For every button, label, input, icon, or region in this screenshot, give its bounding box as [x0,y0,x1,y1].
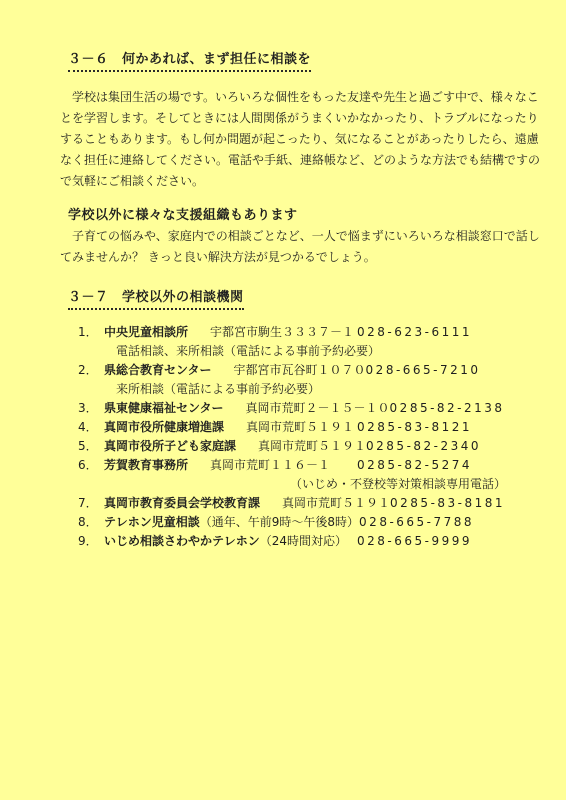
agency-note: 電話相談、来所相談（電話による事前予約必要） [104,342,506,361]
agency-name: 真岡市役所子ども家庭課 [104,437,236,456]
agency-row: 5． 真岡市役所子ども家庭課 真岡市荒町５１９１ 0285-82-2340 [78,437,506,456]
agency-address: 真岡市荒町５１９１ [258,437,366,456]
paragraph-line: することもあります。もし何か問題が起こったり、気になることがあったりしたら、遠慮 [60,129,506,150]
agency-number: 6． [78,456,104,475]
consult-teacher-paragraph: 学校は集団生活の場です。いろいろな個性をもった友達や先生と過ごす中で、様々なこ … [60,87,506,192]
paragraph-line: とを学習します。そしてときには人間関係がうまくいかなかったり、トラブルになったり [60,108,506,129]
agency-phone: 0285-82-2138 [390,399,505,418]
agency-phone: 0285-83-8121 [357,418,472,437]
paragraph-line: 子育ての悩みや、家庭内での相談ごとなど、一人で悩まずにいろいろな相談窓口で話し [60,226,506,247]
agency-row: 9． いじめ相談さわやかテレホン （24時間対応） 028-665-9999 [78,532,506,551]
agency-row: 3． 県東健康福祉センター 真岡市荒町２－１５－１０ 0285-82-2138 [78,399,506,418]
agency-row: 4． 真岡市役所健康増進課 真岡市荒町５１９１ 0285-83-8121 [78,418,506,437]
agency-row: 6． 芳賀教育事務所 真岡市荒町１１６－１ 0285-82-5274 [78,456,506,475]
agency-address: 真岡市荒町５１９１ [282,494,390,513]
agency-number: 7． [78,494,104,513]
agency-phone: 028-665-7788 [359,513,474,532]
agency-name: 芳賀教育事務所 [104,456,188,475]
agency-number: 8． [78,513,104,532]
section-3-6-heading: ３－６ 何かあれば、まず担任に相談を [68,48,311,72]
agency-address: 真岡市荒町２－１５－１０ [246,399,390,418]
agency-number: 9． [78,532,104,551]
agency-phone: 028-623-6111 [357,323,472,342]
paragraph-line: 学校は集団生活の場です。いろいろな個性をもった友達や先生と過ごす中で、様々なこ [60,87,506,108]
agency-note: 来所相談（電話による事前予約必要） [104,380,506,399]
support-orgs-paragraph: 子育ての悩みや、家庭内での相談ごとなど、一人で悩まずにいろいろな相談窓口で話し … [60,226,506,268]
paragraph-line: で気軽にご相談ください。 [60,171,506,192]
section-3-6: ３－６ 何かあれば、まず担任に相談を [60,48,506,72]
agency-address: 真岡市荒町１１６－１ [210,456,330,475]
agency-hours: （24時間対応） [260,532,347,551]
agency-name: 真岡市教育委員会学校教育課 [104,494,260,513]
agency-number: 5． [78,437,104,456]
agency-address: 宇都宮市駒生３３３７－１ [210,323,354,342]
agency-note-right: （いじめ・不登校等対策相談専用電話） [78,475,506,494]
agency-row: 7． 真岡市教育委員会学校教育課 真岡市荒町５１９１ 0285-83-8181 [78,494,506,513]
agency-number: 2． [78,361,104,380]
agency-phone: 0285-82-5274 [357,456,472,475]
agency-address: 宇都宮市瓦谷町１０７０ [234,361,366,380]
agency-phone: 028-665-7210 [366,361,481,380]
agency-phone: 028-665-9999 [357,532,472,551]
paragraph-line: てみませんか？ きっと良い解決方法が見つかるでしょう。 [60,247,506,268]
agency-name: いじめ相談さわやかテレホン [104,532,260,551]
section-3-7: ３－７ 学校以外の相談機関 [60,286,506,310]
agency-row: 2． 県総合教育センター 宇都宮市瓦谷町１０７０ 028-665-7210 [78,361,506,380]
agency-row: 1． 中央児童相談所 宇都宮市駒生３３３７－１ 028-623-6111 [78,323,506,342]
agency-name: 県総合教育センター [104,361,212,380]
agency-name: テレホン児童相談 [104,513,200,532]
agency-name: 中央児童相談所 [104,323,188,342]
agency-name: 真岡市役所健康増進課 [104,418,224,437]
agency-row: 8． テレホン児童相談 （通年、午前9時～午後8時） 028-665-7788 [78,513,506,532]
section-3-7-heading: ３－７ 学校以外の相談機関 [68,286,244,310]
paragraph-line: なく担任に連絡してください。電話や手紙、連絡帳など、どのような方法でも結構ですの [60,150,506,171]
document-page: ３－６ 何かあれば、まず担任に相談を 学校は集団生活の場です。いろいろな個性をも… [0,0,566,800]
agency-number: 3． [78,399,104,418]
agency-phone: 0285-82-2340 [366,437,481,456]
agency-name: 県東健康福祉センター [104,399,224,418]
agency-list: 1． 中央児童相談所 宇都宮市駒生３３３７－１ 028-623-6111 電話相… [78,323,506,551]
support-orgs-heading: 学校以外に様々な支援組織もあります [68,204,298,223]
agency-hours: （通年、午前9時～午後8時） [200,513,359,532]
agency-phone: 0285-83-8181 [390,494,505,513]
section-support-orgs: 学校以外に様々な支援組織もあります [60,204,506,223]
agency-number: 1． [78,323,104,342]
agency-address: 真岡市荒町５１９１ [246,418,354,437]
agency-number: 4． [78,418,104,437]
